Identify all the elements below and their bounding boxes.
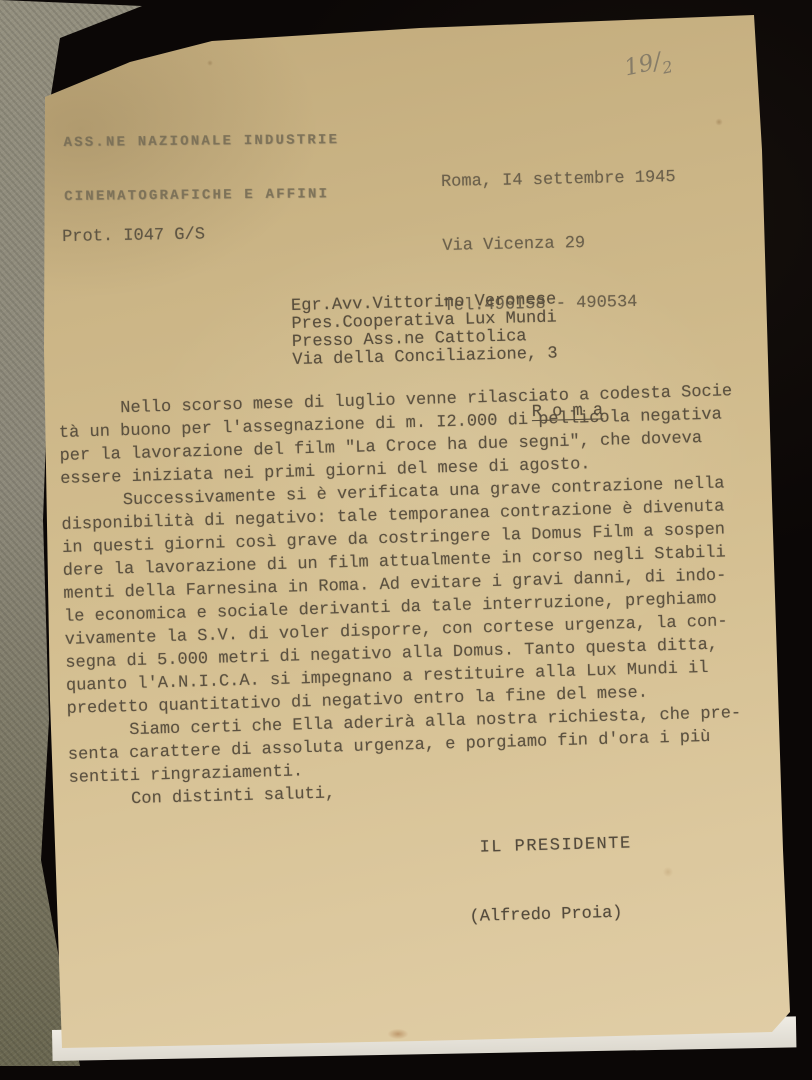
street-line: Via Vicenza 29 xyxy=(442,232,677,257)
letterhead-line2: CINEMATOGRAFICHE E AFFINI xyxy=(64,185,340,206)
recipient-lines: Egr.Avv.Vittorino VeronesePres.Cooperati… xyxy=(291,290,602,370)
letter-sheet: ASS.NE NAZIONALE INDUSTRIE CINEMATOGRAFI… xyxy=(0,0,812,1080)
signature-title: IL PRESIDENTE xyxy=(467,832,632,860)
letter-body: Nello scorso mese di luglio venne rilasc… xyxy=(58,379,779,813)
protocol-number: Prot. I047 G/S xyxy=(62,226,205,247)
letterhead-line1: ASS.NE NAZIONALE INDUSTRIE xyxy=(63,131,339,152)
scan-background: ASS.NE NAZIONALE INDUSTRIE CINEMATOGRAFI… xyxy=(0,0,812,1080)
date-line: Roma, I4 settembre 1945 xyxy=(441,168,676,193)
signature-block: IL PRESIDENTE (Alfredo Proia) xyxy=(466,786,635,975)
letterhead: ASS.NE NAZIONALE INDUSTRIE CINEMATOGRAFI… xyxy=(63,95,340,242)
signature-name: (Alfredo Proia) xyxy=(469,901,634,929)
